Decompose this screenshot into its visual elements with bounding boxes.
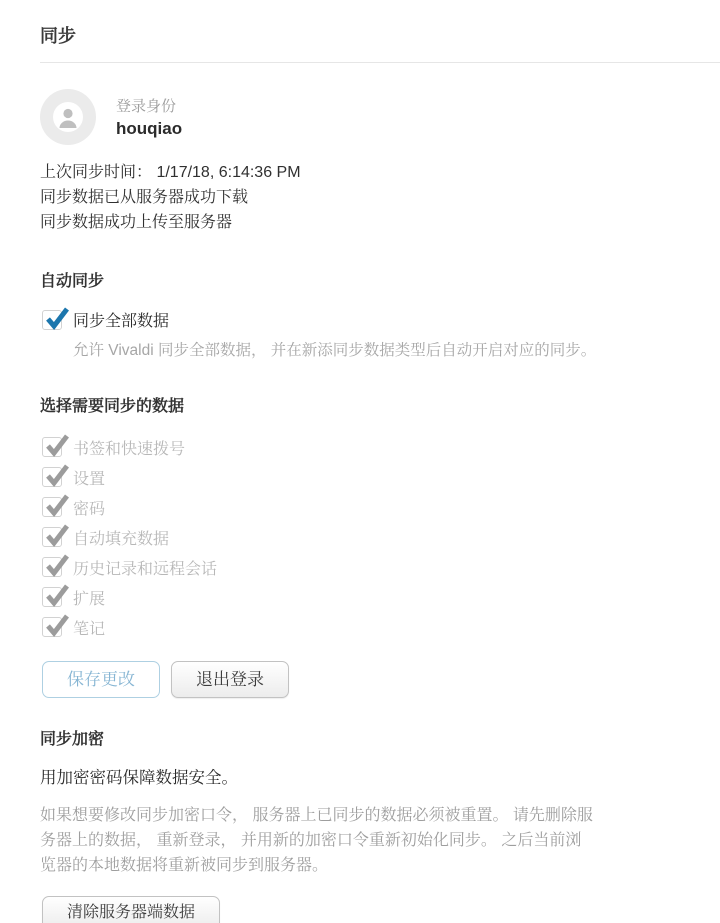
- encryption-summary: 用加密密码保障数据安全。: [40, 764, 680, 788]
- encryption-heading: 同步加密: [40, 726, 680, 749]
- login-identity-label: 登录身份: [116, 95, 182, 116]
- actions-row: 保存更改 退出登录: [42, 661, 680, 698]
- auto-sync-heading: 自动同步: [40, 268, 680, 291]
- checkbox-label: 密码: [73, 496, 105, 519]
- save-changes-button[interactable]: 保存更改: [42, 661, 160, 698]
- checkbox-label: 书签和快速拨号: [73, 436, 185, 459]
- logout-button[interactable]: 退出登录: [171, 661, 289, 698]
- checkbox-row-bookmarks: 书签和快速拨号: [40, 432, 680, 462]
- account-text: 登录身份 houqiao: [116, 95, 182, 139]
- checked-checkbox-icon[interactable]: [42, 310, 62, 330]
- page-header: 同步: [40, 22, 720, 63]
- checkbox-label: 笔记: [73, 616, 105, 639]
- username: houqiao: [116, 119, 182, 139]
- download-status: 同步数据已从服务器成功下载: [40, 185, 680, 210]
- checked-checkbox-icon: [42, 497, 62, 517]
- checked-checkbox-icon: [42, 587, 62, 607]
- avatar: [40, 89, 96, 145]
- sync-all-description: 允许 Vivaldi 同步全部数据， 并在新添同步数据类型后自动开启对应的同步。: [73, 338, 680, 360]
- encryption-note: 如果想要修改同步加密口令， 服务器上已同步的数据必须被重置。 请先删除服务器上的…: [40, 803, 596, 878]
- sync-all-label: 同步全部数据: [73, 308, 169, 331]
- checkbox-row-autofill: 自动填充数据: [40, 522, 680, 552]
- checkbox-row-passwords: 密码: [40, 492, 680, 522]
- clear-server-data-button[interactable]: 清除服务器端数据: [42, 896, 220, 923]
- user-icon: [53, 102, 83, 132]
- sync-all-checkbox-row[interactable]: 同步全部数据: [40, 308, 680, 331]
- checkbox-row-notes: 笔记: [40, 612, 680, 642]
- account-section: 登录身份 houqiao: [40, 89, 680, 145]
- checked-checkbox-icon: [42, 527, 62, 547]
- checkbox-row-history: 历史记录和远程会话: [40, 552, 680, 582]
- checked-checkbox-icon: [42, 617, 62, 637]
- upload-status: 同步数据成功上传至服务器: [40, 210, 680, 235]
- sync-status: 上次同步时间： 1/17/18, 6:14:36 PM 同步数据已从服务器成功下…: [40, 160, 680, 235]
- data-types-heading: 选择需要同步的数据: [40, 393, 680, 416]
- last-sync-time: 上次同步时间： 1/17/18, 6:14:36 PM: [40, 160, 680, 185]
- checkbox-row-extensions: 扩展: [40, 582, 680, 612]
- checked-checkbox-icon: [42, 467, 62, 487]
- checked-checkbox-icon: [42, 557, 62, 577]
- sync-settings-page: 同步 登录身份 houqiao 上次同步时间： 1/17/18, 6:14:36…: [0, 0, 720, 923]
- checkbox-label: 自动填充数据: [73, 526, 169, 549]
- data-types-list: 书签和快速拨号 设置 密码 自动填充数据 历史记录和远程会话: [40, 432, 680, 642]
- checkbox-label: 设置: [73, 466, 105, 489]
- checkbox-label: 扩展: [73, 586, 105, 609]
- checkbox-row-settings: 设置: [40, 462, 680, 492]
- checkbox-label: 历史记录和远程会话: [73, 556, 217, 579]
- checked-checkbox-icon: [42, 437, 62, 457]
- page-title: 同步: [40, 22, 680, 48]
